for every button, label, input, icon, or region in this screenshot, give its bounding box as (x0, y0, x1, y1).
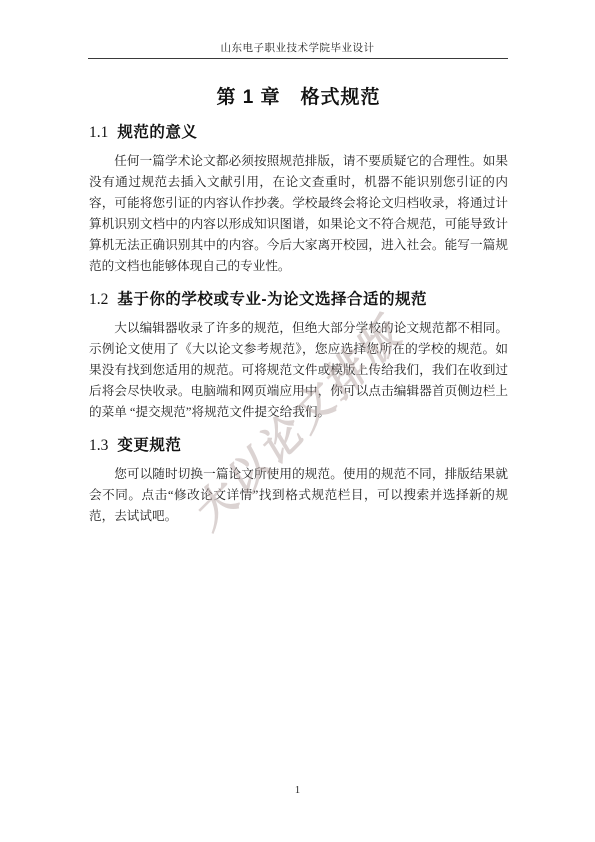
page-header-title: 山东电子职业技术学院毕业设计 (0, 0, 595, 55)
section-paragraph: 任何一篇学术论文都必须按照规范排版，请不要质疑它的合理性。如果没有通过规范去插入… (89, 151, 508, 277)
header-rule (88, 58, 508, 59)
section-heading: 1.1规范的意义 (89, 123, 508, 142)
section-heading: 1.2基于你的学校或专业-为论文选择合适的规范 (89, 290, 508, 309)
section-paragraph: 大以编辑器收录了许多的规范，但绝大部分学校的论文规范都不相同。示例论文使用了《大… (89, 318, 508, 423)
section-title: 变更规范 (117, 437, 181, 454)
section-title: 规范的意义 (117, 124, 197, 141)
section-1-3: 1.3变更规范 您可以随时切换一篇论文所使用的规范。使用的规范不同，排版结果就会… (89, 436, 508, 527)
page-number: 1 (0, 785, 595, 796)
section-number: 1.2 (89, 291, 108, 308)
document-content: 第 1 章 格式规范 1.1规范的意义 任何一篇学术论文都必须按照规范排版，请不… (89, 85, 508, 527)
section-paragraph: 您可以随时切换一篇论文所使用的规范。使用的规范不同，排版结果就会不同。点击“修改… (89, 464, 508, 527)
document-page: 山东电子职业技术学院毕业设计 大以论文排版 第 1 章 格式规范 1.1规范的意… (0, 0, 595, 842)
section-number: 1.3 (89, 437, 108, 454)
section-heading: 1.3变更规范 (89, 436, 508, 455)
section-title: 基于你的学校或专业-为论文选择合适的规范 (117, 291, 427, 308)
section-1-1: 1.1规范的意义 任何一篇学术论文都必须按照规范排版，请不要质疑它的合理性。如果… (89, 123, 508, 277)
section-1-2: 1.2基于你的学校或专业-为论文选择合适的规范 大以编辑器收录了许多的规范，但绝… (89, 290, 508, 423)
chapter-title: 第 1 章 格式规范 (89, 85, 508, 110)
section-number: 1.1 (89, 124, 108, 141)
